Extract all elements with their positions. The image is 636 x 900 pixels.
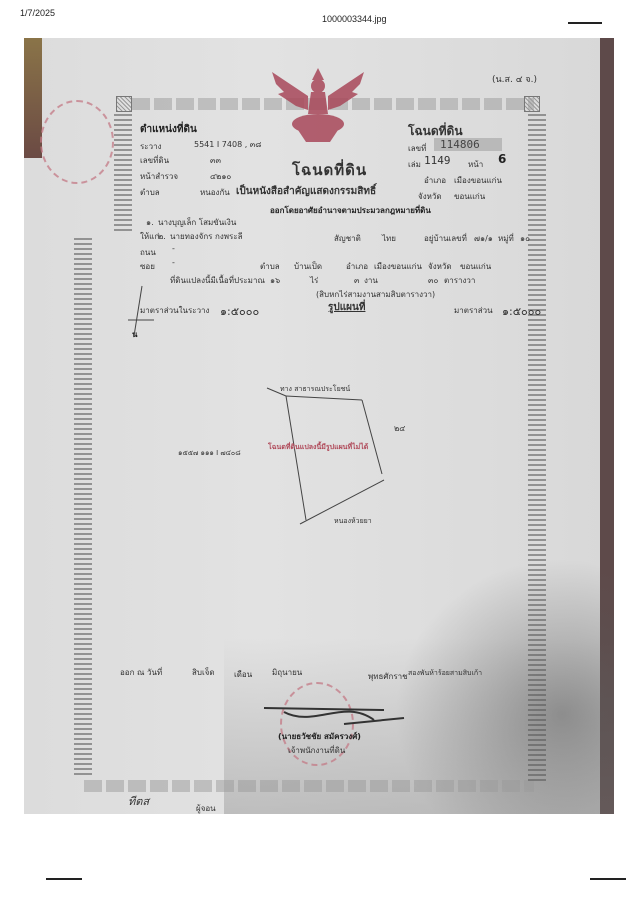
crop-mark <box>590 878 626 880</box>
initials: ทีตส <box>128 792 149 810</box>
issue-label: ออก ณ วันที่ <box>120 666 162 679</box>
map-bottom-label: หนองห้วยยา <box>334 516 372 527</box>
map-road-label: ทาง สาธารณประโยชน์ <box>280 384 350 395</box>
month-label: เดือน <box>234 668 252 681</box>
red-stamp-text: โฉนดที่ดินแปลงนี้มีรูปแผนที่ไม่ได้ <box>268 442 368 453</box>
signature <box>264 698 404 728</box>
land-deed-scan: (น.ส. ๔ จ.) ตำแหน่งที่ดิน ระวาง 5541 I 7… <box>24 38 614 814</box>
north-label: น <box>132 328 137 341</box>
issue-day: สิบเจ็ด <box>192 666 215 679</box>
bottom-note: ผู้จอน <box>196 802 216 814</box>
crop-mark <box>46 878 82 880</box>
official-title: เจ้าพนักงานที่ดิน <box>288 744 345 757</box>
crop-mark <box>568 22 602 24</box>
year-label: พุทธศักราช <box>368 670 408 683</box>
issue-year: สองพันห้าร้อยสามสิบเก้า <box>408 668 482 679</box>
print-filename: 1000003344.jpg <box>322 14 387 24</box>
issue-month: มิถุนายน <box>272 666 302 679</box>
sheet-ref: ๑๕๕๗ ๑๑๑ I ๗๔๐๘ <box>178 448 241 459</box>
official-name: (นายธวัชชัย สมัครวงศ์) <box>278 730 361 743</box>
print-date: 1/7/2025 <box>20 8 55 18</box>
parcel-no: ๒๔ <box>394 422 405 435</box>
